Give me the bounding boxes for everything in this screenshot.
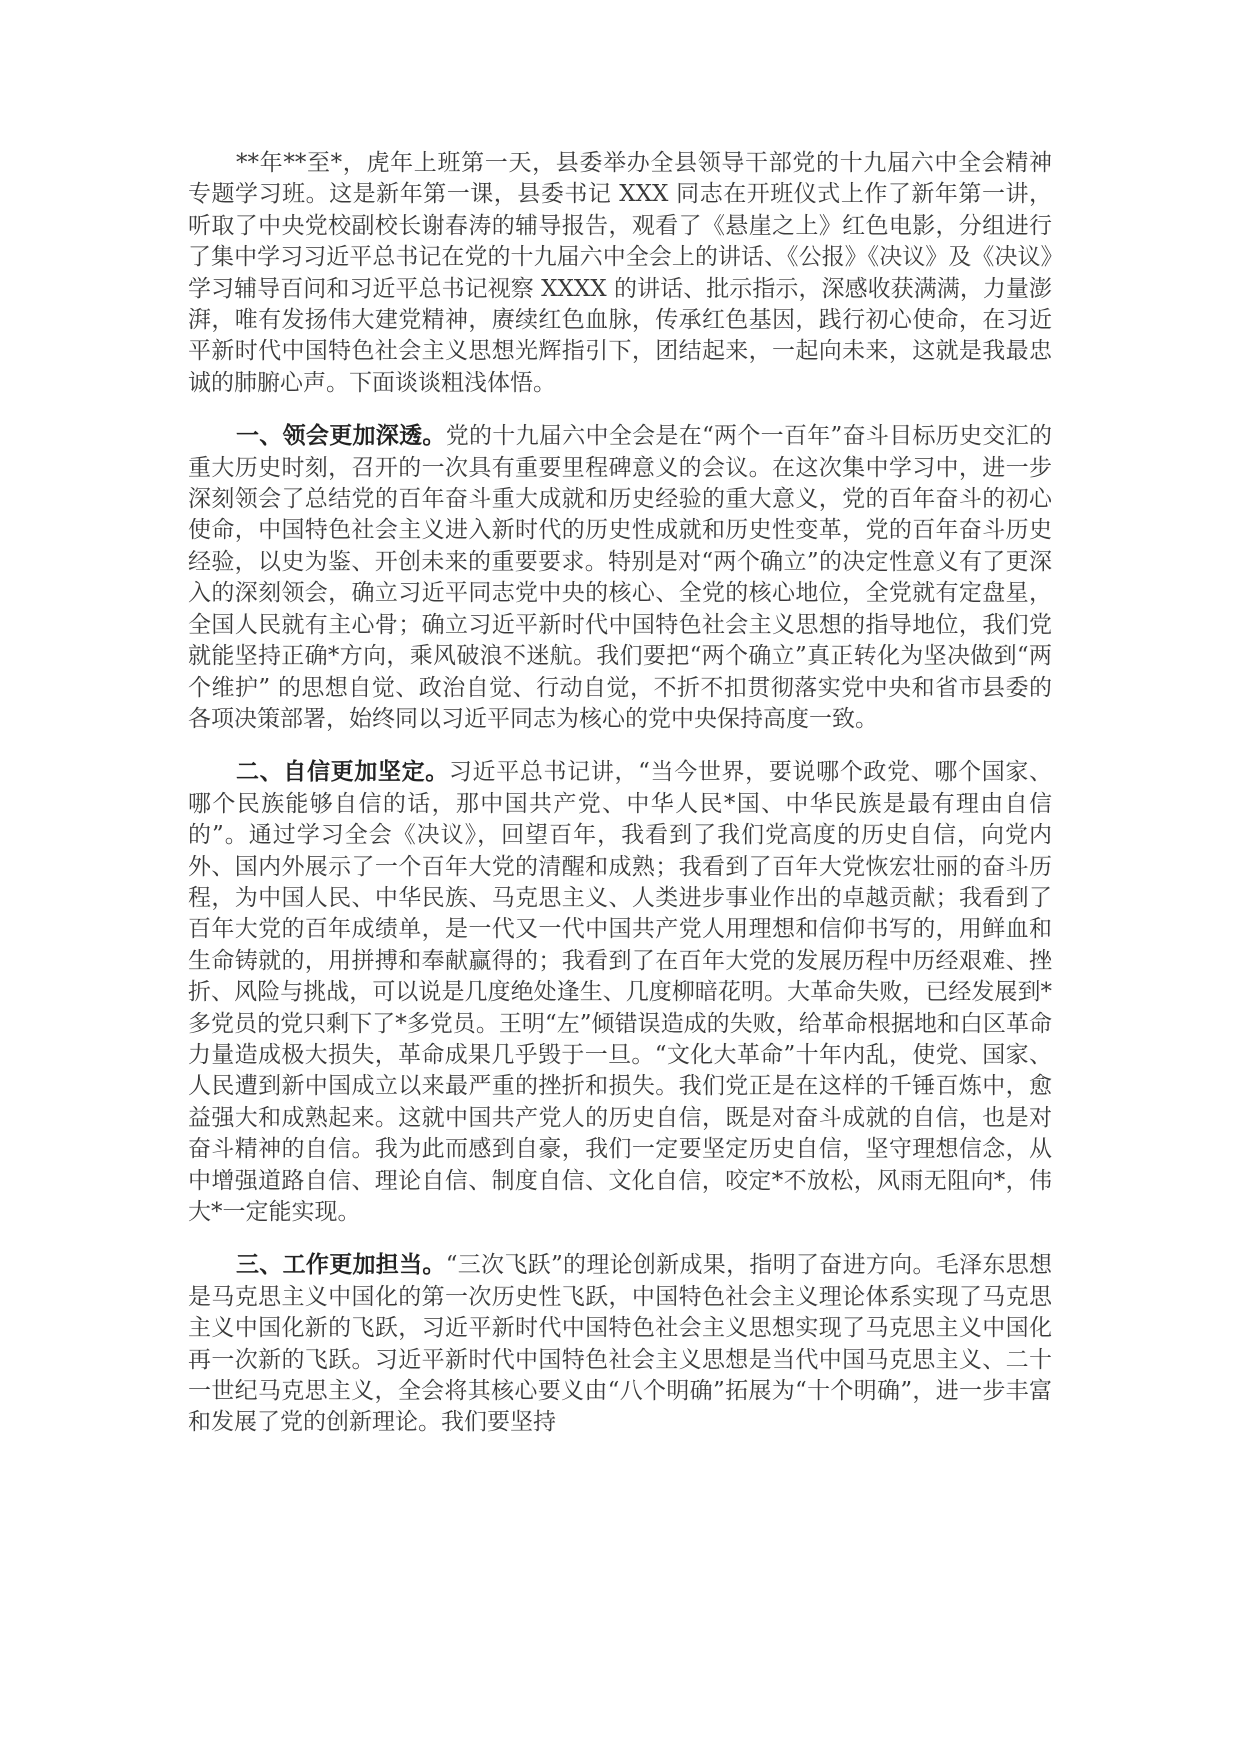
section-heading-3: 三、工作更加担当。	[236, 1251, 446, 1278]
section-heading-2: 二、自信更加坚定。	[236, 758, 449, 785]
paragraph-intro: **年**至*，虎年上班第一天，县委举办全县领导干部党的十九届六中全会精神专题学…	[188, 147, 1052, 399]
paragraph-section-1: 一、领会更加深透。党的十九届六中全会是在“两个一百年”奋斗目标历史交汇的重大历史…	[188, 420, 1052, 735]
paragraph-text: “三次飞跃”的理论创新成果，指明了奋进方向。毛泽东思想是马克思主义中国化的第一次…	[188, 1252, 1052, 1435]
paragraph-text: **年**至*，虎年上班第一天，县委举办全县领导干部党的十九届六中全会精神专题学…	[188, 150, 1052, 396]
paragraph-text: 习近平总书记讲，“当今世界，要说哪个政党、哪个国家、哪个民族能够自信的话，那中国…	[188, 759, 1052, 1225]
paragraph-section-2: 二、自信更加坚定。习近平总书记讲，“当今世界，要说哪个政党、哪个国家、哪个民族能…	[188, 756, 1052, 1228]
section-heading-1: 一、领会更加深透。	[236, 422, 446, 449]
paragraph-text: 党的十九届六中全会是在“两个一百年”奋斗目标历史交汇的重大历史时刻，召开的一次具…	[188, 423, 1052, 732]
document-page: **年**至*，虎年上班第一天，县委举办全县领导干部党的十九届六中全会精神专题学…	[188, 147, 1052, 1460]
paragraph-section-3: 三、工作更加担当。“三次飞跃”的理论创新成果，指明了奋进方向。毛泽东思想是马克思…	[188, 1249, 1052, 1438]
